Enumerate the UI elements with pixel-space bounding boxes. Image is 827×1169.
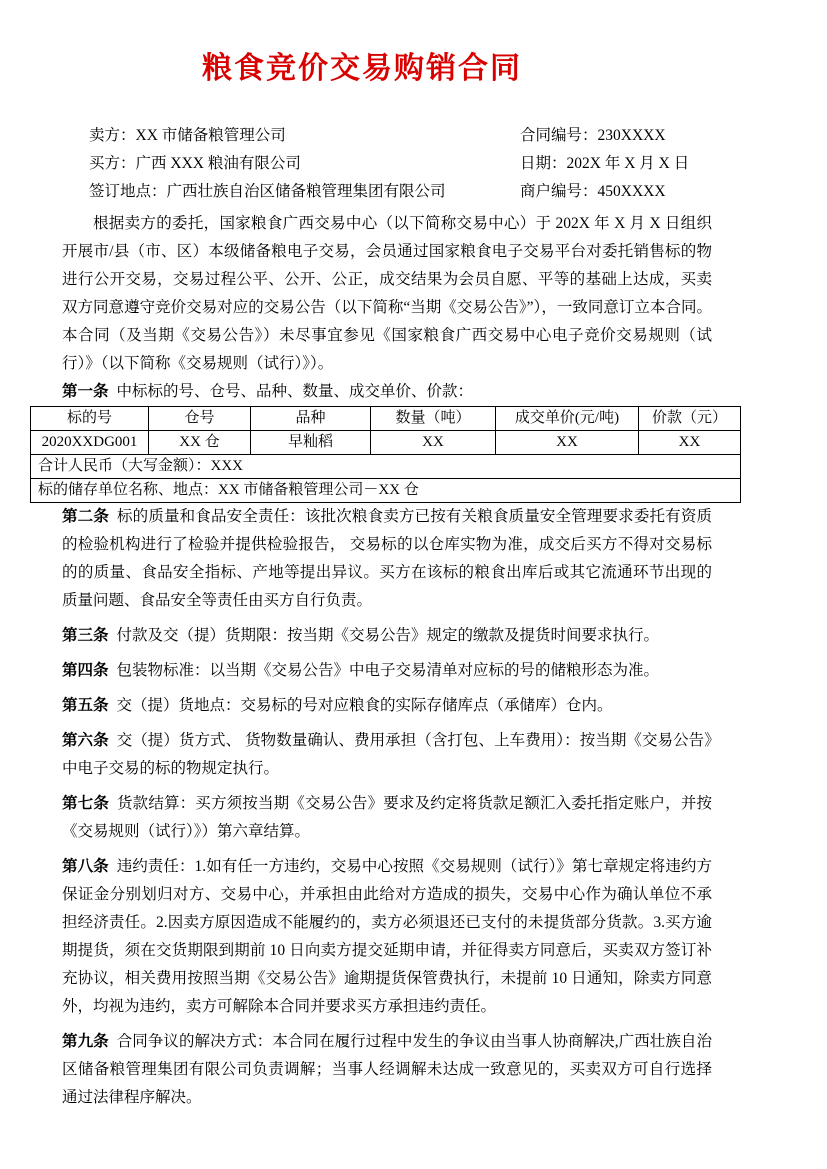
header-cell-variety: 品种 (251, 407, 371, 431)
section-8-paragraph: 第八条违约责任：1.如有任一方违约，交易中心按照《交易规则（试行）》第七章规定将… (62, 853, 712, 1021)
section-4-label: 第四条 (62, 662, 109, 679)
buyer-name: 买方：广西 XXX 粮油有限公司 (89, 155, 301, 172)
header-row-signing-place: 签订地点：广西壮族自治区储备粮管理集团有限公司 商户编号：450XXXX (62, 178, 712, 206)
seller-name: 卖方：XX 市储备粮管理公司 (89, 127, 286, 144)
section-1-paragraph: 第一条中标标的号、仓号、品种、数量、成交单价、价款： (62, 378, 712, 406)
document-title: 粮食竞价交易购销合同 (37, 50, 687, 88)
header-cell-warehouse: 仓号 (149, 407, 251, 431)
section-6-text: 交（提）货方式、 货物数量确认、费用承担（含打包、上车费用）：按当期《交易公告》… (62, 732, 712, 777)
merchant-number: 商户编号：450XXXX (520, 178, 666, 206)
table-data-row: 2020XXDG001 XX 仓 早籼稻 XX XX XX (31, 431, 741, 455)
section-7-paragraph: 第七条货款结算：买方须按当期《交易公告》要求及约定将货款足额汇入委托指定账户，并… (62, 790, 712, 846)
section-9-paragraph: 第九条合同争议的解决方式：本合同在履行过程中发生的争议由当事人协商解决,广西壮族… (62, 1028, 712, 1112)
signing-place: 签订地点：广西壮族自治区储备粮管理集团有限公司 (89, 183, 446, 200)
section-7-label: 第七条 (62, 795, 109, 812)
section-5-paragraph: 第五条交（提）货地点：交易标的号对应粮食的实际存储库点（承储库）仓内。 (62, 692, 712, 720)
section-3-paragraph: 第三条付款及交（提）货期限：按当期《交易公告》规定的缴款及提货时间要求执行。 (62, 622, 712, 650)
header-row-buyer: 买方：广西 XXX 粮油有限公司 日期：202X 年 X 月 X 日 (62, 150, 712, 178)
cell-lot-number: 2020XXDG001 (31, 431, 149, 455)
section-5-label: 第五条 (62, 697, 109, 714)
section-9-label: 第九条 (62, 1033, 109, 1050)
section-4-text: 包装物标准：以当期《交易公告》中电子交易清单对应标的号的储粮形态为准。 (117, 662, 660, 679)
cell-total-price: XX (639, 431, 741, 455)
section-1-text: 中标标的号、仓号、品种、数量、成交单价、价款： (117, 383, 474, 400)
total-amount-in-words: 合计人民币（大写金额）：XXX (31, 455, 741, 479)
cell-variety: 早籼稻 (251, 431, 371, 455)
section-8-text: 违约责任：1.如有任一方违约，交易中心按照《交易规则（试行）》第七章规定将违约方… (62, 858, 712, 1015)
section-1-label: 第一条 (62, 383, 109, 400)
section-3-text: 付款及交（提）货期限：按当期《交易公告》规定的缴款及提货时间要求执行。 (117, 627, 660, 644)
section-2-label: 第二条 (62, 508, 109, 525)
cell-warehouse: XX 仓 (149, 431, 251, 455)
section-8-label: 第八条 (62, 858, 109, 875)
contract-header-block: 卖方：XX 市储备粮管理公司 合同编号：230XXXX 买方：广西 XXX 粮油… (62, 122, 712, 206)
section-9-text: 合同争议的解决方式：本合同在履行过程中发生的争议由当事人协商解决,广西壮族自治区… (62, 1033, 712, 1106)
header-cell-unit-price: 成交单价(元/吨) (496, 407, 639, 431)
header-row-seller: 卖方：XX 市储备粮管理公司 合同编号：230XXXX (62, 122, 712, 150)
section-2-text: 标的质量和食品安全责任：该批次粮食卖方已按有关粮食质量安全管理要求委托有资质的检… (62, 508, 712, 609)
intro-paragraph: 根据卖方的委托，国家粮食广西交易中心（以下简称交易中心）于 202X 年 X 月… (62, 210, 712, 378)
section-4-paragraph: 第四条包装物标准：以当期《交易公告》中电子交易清单对应标的号的储粮形态为准。 (62, 657, 712, 685)
header-cell-quantity: 数量（吨） (371, 407, 496, 431)
contract-date: 日期：202X 年 X 月 X 日 (520, 150, 689, 178)
table-total-row: 合计人民币（大写金额）：XXX (31, 455, 741, 479)
cell-unit-price: XX (496, 431, 639, 455)
section-7-text: 货款结算：买方须按当期《交易公告》要求及约定将货款足额汇入委托指定账户，并按《交… (62, 795, 712, 840)
header-cell-total-price: 价款（元） (639, 407, 741, 431)
contract-document-page: 粮食竞价交易购销合同 卖方：XX 市储备粮管理公司 合同编号：230XXXX 买… (0, 0, 827, 1169)
contract-number: 合同编号：230XXXX (520, 122, 666, 150)
section-6-paragraph: 第六条交（提）货方式、 货物数量确认、费用承担（含打包、上车费用）：按当期《交易… (62, 727, 712, 783)
table-header-row: 标的号 仓号 品种 数量（吨） 成交单价(元/吨) 价款（元） (31, 407, 741, 431)
bid-result-table: 标的号 仓号 品种 数量（吨） 成交单价(元/吨) 价款（元） 2020XXDG… (30, 406, 741, 503)
cell-quantity: XX (371, 431, 496, 455)
table-storage-row: 标的储存单位名称、地点：XX 市储备粮管理公司－XX 仓 (31, 479, 741, 503)
section-5-text: 交（提）货地点：交易标的号对应粮食的实际存储库点（承储库）仓内。 (117, 697, 613, 714)
section-3-label: 第三条 (62, 627, 109, 644)
section-6-label: 第六条 (62, 732, 109, 749)
header-cell-lot-number: 标的号 (31, 407, 149, 431)
section-2-paragraph: 第二条标的质量和食品安全责任：该批次粮食卖方已按有关粮食质量安全管理要求委托有资… (62, 503, 712, 615)
storage-unit-and-location: 标的储存单位名称、地点：XX 市储备粮管理公司－XX 仓 (31, 479, 741, 503)
